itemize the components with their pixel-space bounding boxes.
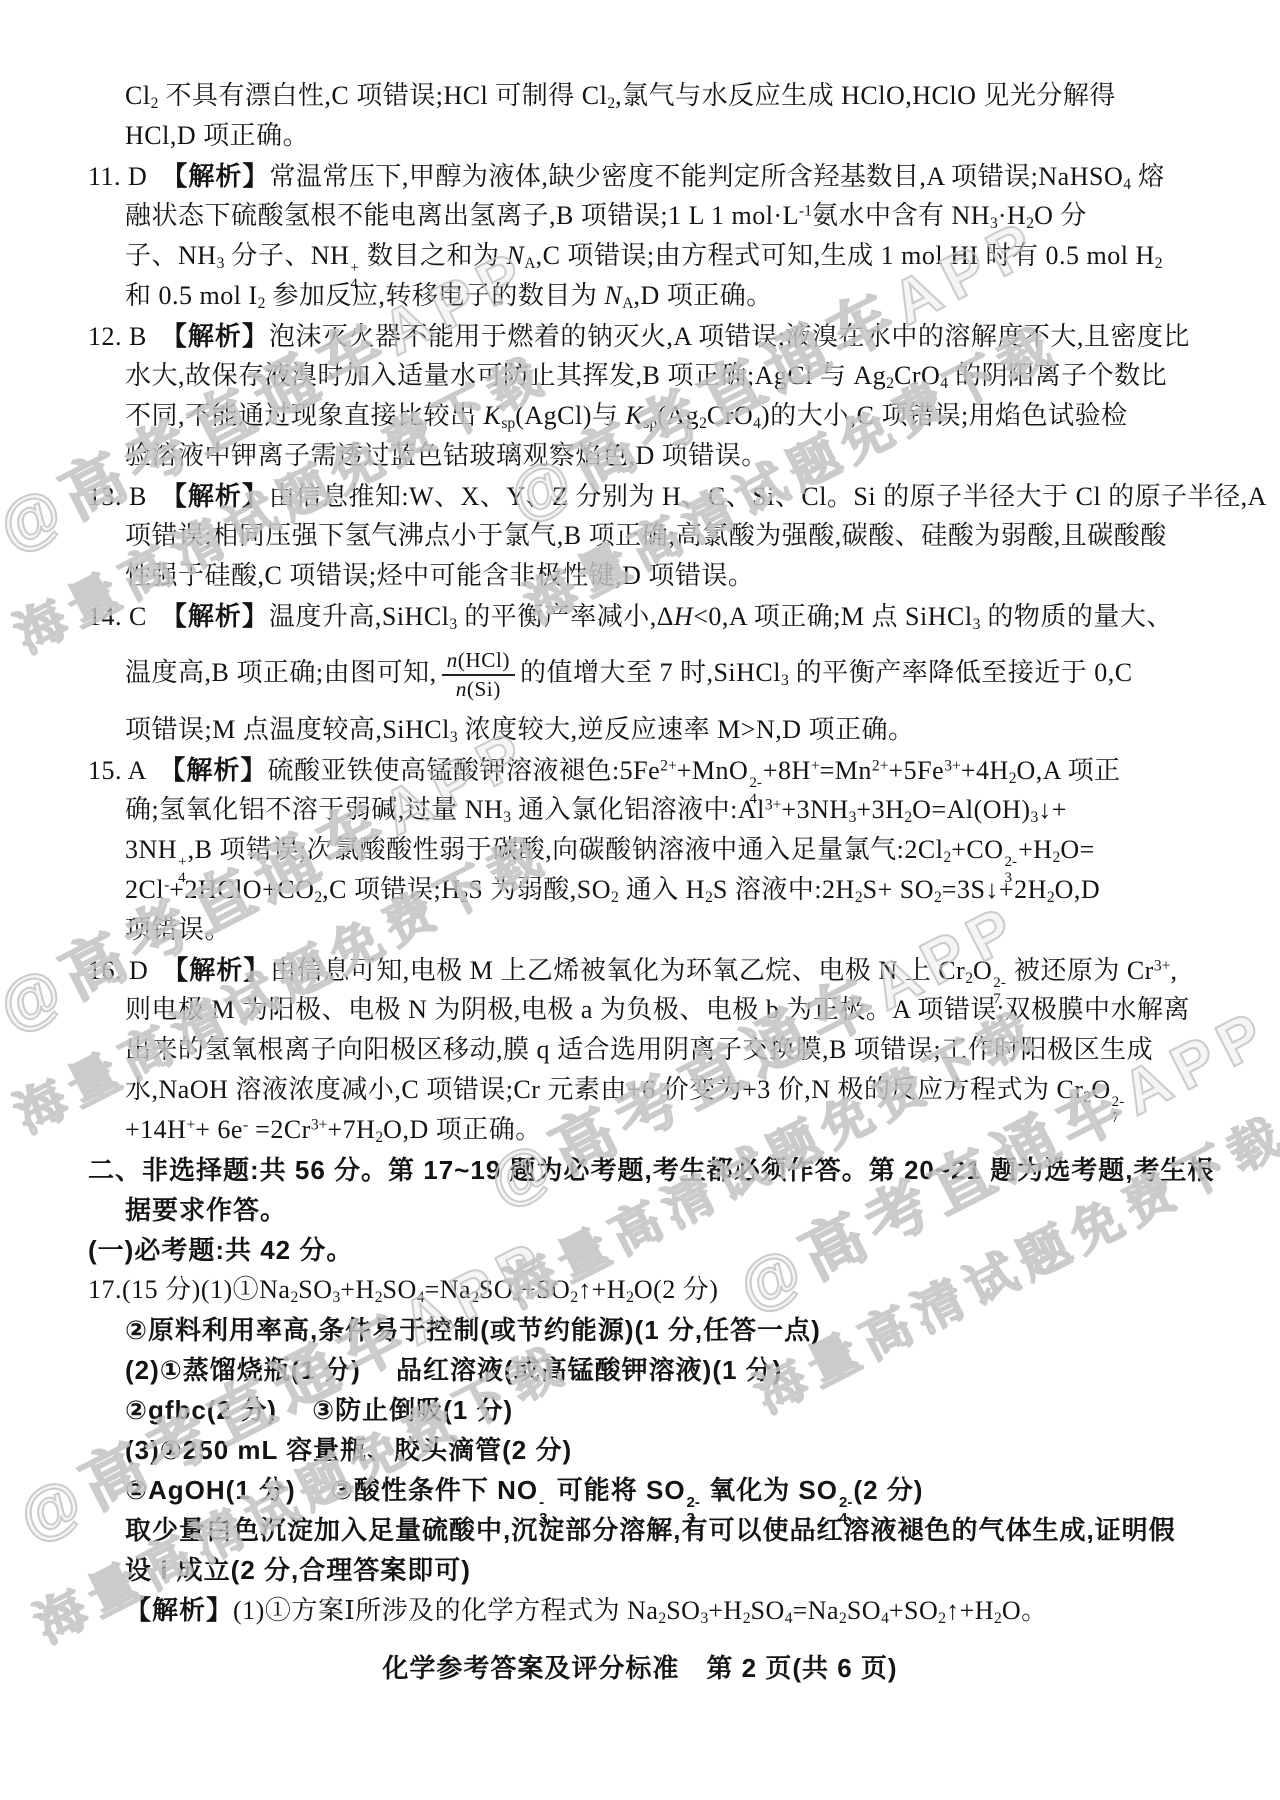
page-footer: 化学参考答案及评分标准 第 2 页(共 6 页) [0, 1648, 1280, 1685]
text-line: 17.(15 分)(1)①Na2SO3+H2SO4=Na2SO4+SO2↑+H2… [88, 1270, 1218, 1310]
text-line: 确;氢氧化铝不溶于弱碱,过量 NH3 通入氯化铝溶液中:Al3++3NH3+3H… [88, 790, 1218, 830]
fraction: n(HCl)n(Si) [442, 647, 515, 702]
text-line: 则电极 M 为阳极、电极 N 为阴极,电极 a 为负极、电极 b 为正极。A 项… [88, 990, 1218, 1030]
analysis-label: 【解析】 [159, 755, 267, 785]
analysis-label: 【解析】 [125, 1595, 233, 1625]
text-line: 子、NH3 分子、NH+4 数目之和为 NA,C 项错误;由方程式可知,生成 1… [88, 236, 1218, 276]
text-line: 温度高,B 项正确;由图可知,n(HCl)n(Si)的值增大至 7 时,SiHC… [88, 636, 1218, 710]
text-line: 项错误。 [88, 910, 1218, 950]
text-line: 融状态下硫酸氢根不能电离出氢离子,B 项错误;1 L 1 mol·L-1氨水中含… [88, 196, 1218, 236]
text-line: 据要求作答。 [88, 1190, 1218, 1230]
text-line: 性强于硅酸,C 项错误;烃中可能含非极性键,D 项错误。 [88, 556, 1218, 596]
text-line: 二、非选择题:共 56 分。第 17~19 题为必考题,考生都必须作答。第 20… [88, 1150, 1218, 1190]
analysis-label: 【解析】 [161, 601, 269, 631]
text-line: 3NH+4,B 项错误;次氯酸酸性弱于碳酸,向碳酸钠溶液中通入足量氯气:2Cl2… [88, 830, 1218, 870]
text-line: ②AgOH(1 分) ③酸性条件下 NO-3 可能将 SO2-3 氧化为 SO2… [88, 1470, 1218, 1510]
text-line: 项错误;相同压强下氢气沸点小于氯气,B 项正确;高氯酸为强酸,碳酸、硅酸为弱酸,… [88, 516, 1218, 556]
analysis-label: 【解析】 [161, 321, 269, 351]
text-line: HCl,D 项正确。 [88, 116, 1218, 156]
text-line: 14. C 【解析】温度升高,SiHCl3 的平衡产率减小,ΔH<0,A 项正确… [88, 596, 1218, 636]
text-line: 【解析】(1)①方案Ⅰ所涉及的化学方程式为 Na2SO3+H2SO4=Na2SO… [88, 1590, 1218, 1630]
text-line: 水,NaOH 溶液浓度减小,C 项错误;Cr 元素由+6 价变为+3 价,N 极… [88, 1070, 1218, 1110]
text-line: 出来的氢氧根离子向阳极区移动,膜 q 适合选用阴离子交换膜,B 项错误;工作时阳… [88, 1030, 1218, 1070]
text-line: 和 0.5 mol I2 参加反应,转移电子的数目为 NA,D 项正确。 [88, 276, 1218, 316]
text-line: 12. B 【解析】泡沫灭火器不能用于燃着的钠灭火,A 项错误;液溴在水中的溶解… [88, 316, 1218, 356]
charge-stack: 2-7 [1112, 1095, 1125, 1127]
text-line: 11. D 【解析】常温常压下,甲醇为液体,缺少密度不能判定所含羟基数目,A 项… [88, 156, 1218, 196]
text-line: 15. A 【解析】硫酸亚铁使高锰酸钾溶液褪色:5Fe2++MnO2-4+8H+… [88, 750, 1218, 790]
text-line: 水大,故保存液溴时加入适量水可防止其挥发,B 项正确;AgCl 与 Ag2CrO… [88, 356, 1218, 396]
text-line: 项错误;M 点温度较高,SiHCl3 浓度较大,逆反应速率 M>N,D 项正确。 [88, 710, 1218, 750]
analysis-label: 【解析】 [161, 481, 269, 511]
text-line: 13. B 【解析】由信息推知:W、X、Y、Z 分别为 H、C、Si、Cl。Si… [88, 476, 1218, 516]
text-line: 16. D 【解析】由信息可知,电极 M 上乙烯被氧化为环氧乙烷、电极 N 上 … [88, 950, 1218, 990]
text-line: 设 i 成立(2 分,合理答案即可) [88, 1550, 1218, 1590]
text-line: +14H++ 6e- =2Cr3++7H2O,D 项正确。 [88, 1110, 1218, 1150]
text-line: Cl2 不具有漂白性,C 项错误;HCl 可制得 Cl2,氯气与水反应生成 HC… [88, 76, 1218, 116]
text-line: (2)①蒸馏烧瓶(1 分) 品红溶液(或高锰酸钾溶液)(1 分) [88, 1350, 1218, 1390]
text-line: ②gfbc(2 分) ③防止倒吸(1 分) [88, 1390, 1218, 1430]
text-line: 验溶液中钾离子需透过蓝色钴玻璃观察焰色,D 项错误。 [88, 436, 1218, 476]
analysis-label: 【解析】 [161, 161, 269, 191]
text-line: 不同,不能通过现象直接比较出 Ksp(AgCl)与 Ksp(Ag2CrO4)的大… [88, 396, 1218, 436]
text-line: 取少量白色沉淀加入足量硫酸中,沉淀部分溶解,有可以使品红溶液褪色的气体生成,证明… [88, 1510, 1218, 1550]
text-line: ②原料利用率高,条件易于控制(或节约能源)(1 分,任答一点) [88, 1310, 1218, 1350]
analysis-label: 【解析】 [162, 955, 270, 985]
answer-content: Cl2 不具有漂白性,C 项错误;HCl 可制得 Cl2,氯气与水反应生成 HC… [88, 76, 1218, 1630]
exam-answer-page: @高考直通车APP 海量高清试题免费下载 @高考直通车APP 海量高清试题免费下… [0, 0, 1280, 1800]
text-line: (一)必考题:共 42 分。 [88, 1230, 1218, 1270]
text-line: 2Cl-+2HClO+CO2,C 项错误;H2S 为弱酸,SO2 通入 H2S … [88, 870, 1218, 910]
text-line: (3)①250 mL 容量瓶、胶头滴管(2 分) [88, 1430, 1218, 1470]
